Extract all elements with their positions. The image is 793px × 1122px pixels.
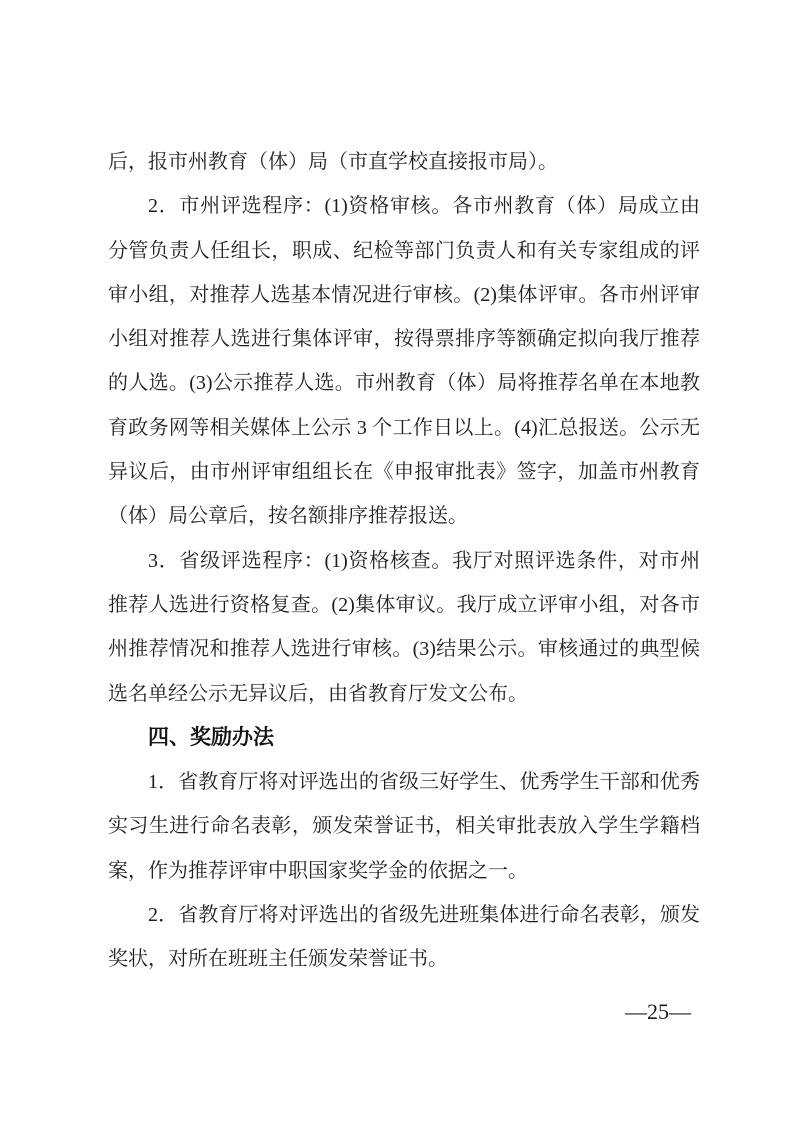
text-line: 案，作为推荐评审中职国家奖学金的依据之一。 xyxy=(108,849,700,893)
text-line: 奖状，对所在班班主任颁发荣誉证书。 xyxy=(108,937,700,981)
text-line: 州推荐情况和推荐人选进行审核。(3)结果公示。审核通过的典型候 xyxy=(108,627,700,671)
page-number: —25— xyxy=(625,997,691,1027)
text-line: （体）局公章后，按名额排序推荐报送。 xyxy=(108,494,700,538)
section-heading: 四、奖励办法 xyxy=(108,716,700,760)
document-body: 后，报市州教育（体）局（市直学校直接报市局）。 2．市州评选程序：(1)资格审核… xyxy=(108,140,700,982)
text-line: 后，报市州教育（体）局（市直学校直接报市局）。 xyxy=(108,140,700,184)
text-line: 选名单经公示无异议后，由省教育厅发文公布。 xyxy=(108,672,700,716)
text-line: 3．省级评选程序：(1)资格核查。我厅对照评选条件，对市州 xyxy=(108,539,700,583)
text-line: 推荐人选进行资格复查。(2)集体审议。我厅成立评审小组，对各市 xyxy=(108,583,700,627)
text-line: 分管负责人任组长，职成、纪检等部门负责人和有关专家组成的评 xyxy=(108,229,700,273)
text-line: 小组对推荐人选进行集体评审，按得票排序等额确定拟向我厅推荐 xyxy=(108,317,700,361)
text-line: 2．省教育厅将对评选出的省级先进班集体进行命名表彰，颁发 xyxy=(108,893,700,937)
text-line: 2．市州评选程序：(1)资格审核。各市州教育（体）局成立由 xyxy=(108,184,700,228)
text-line: 异议后，由市州评审组组长在《申报审批表》签字，加盖市州教育 xyxy=(108,450,700,494)
text-line: 的人选。(3)公示推荐人选。市州教育（体）局将推荐名单在本地教 xyxy=(108,361,700,405)
text-line: 育政务网等相关媒体上公示 3 个工作日以上。(4)汇总报送。公示无 xyxy=(108,406,700,450)
text-line: 实习生进行命名表彰，颁发荣誉证书，相关审批表放入学生学籍档 xyxy=(108,804,700,848)
text-line: 1．省教育厅将对评选出的省级三好学生、优秀学生干部和优秀 xyxy=(108,760,700,804)
text-line: 审小组，对推荐人选基本情况进行审核。(2)集体评审。各市州评审 xyxy=(108,273,700,317)
document-page: 后，报市州教育（体）局（市直学校直接报市局）。 2．市州评选程序：(1)资格审核… xyxy=(0,0,793,1122)
